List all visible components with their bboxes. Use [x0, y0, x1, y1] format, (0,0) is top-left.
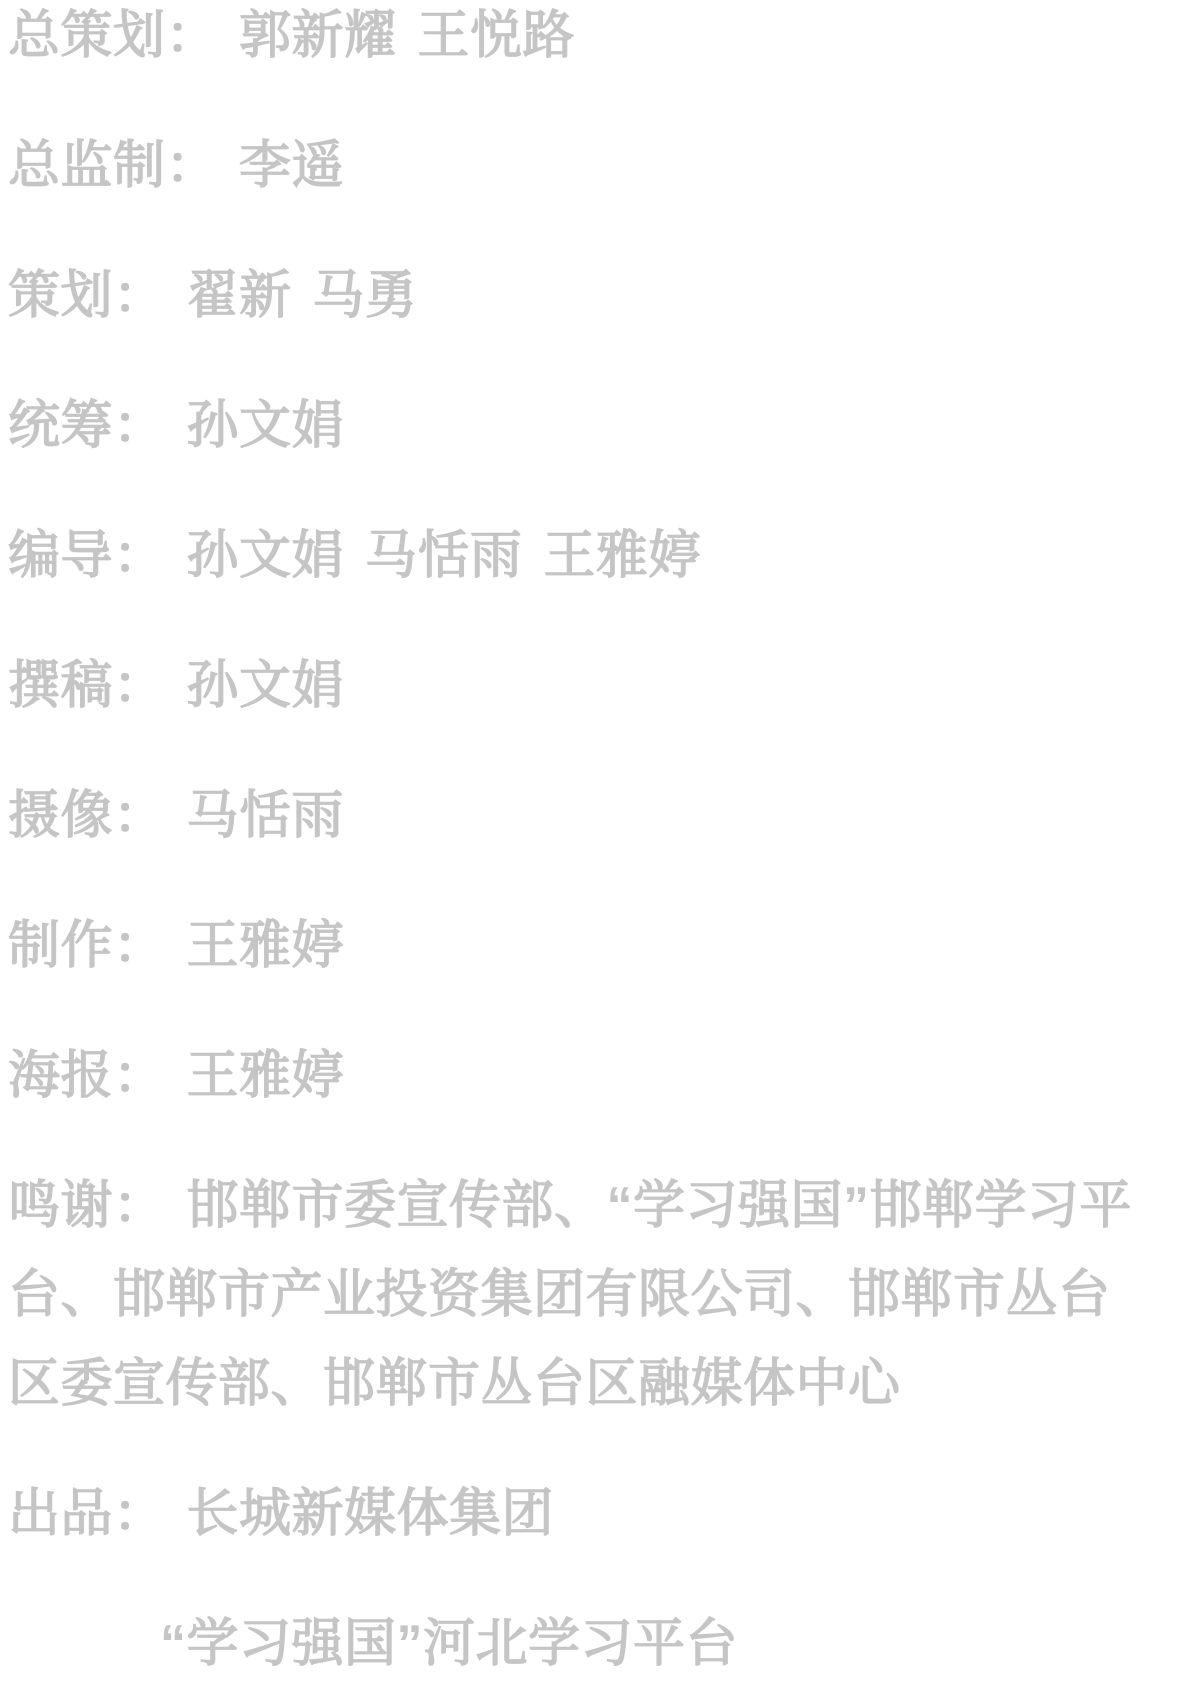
- credit-line-planning: 策划： 翟新 马勇: [8, 252, 1175, 341]
- credit-line-videography: 摄像： 马恬雨: [8, 772, 1175, 861]
- credit-line-production: 制作： 王雅婷: [8, 902, 1175, 991]
- credit-line-learning-platform: “学习强国”河北学习平台: [8, 1600, 1175, 1689]
- credits-list: 总策划： 郭新耀 王悦路总监制： 李遥策划： 翟新 马勇统筹： 孙文娟编导： 孙…: [0, 0, 1183, 1689]
- credit-line-directing: 编导： 孙文娟 马恬雨 王雅婷: [8, 512, 1175, 601]
- credit-line-poster: 海报： 王雅婷: [8, 1032, 1175, 1121]
- credit-line-chief-planning: 总策划： 郭新耀 王悦路: [8, 0, 1175, 81]
- credit-line-presenter: 出品： 长城新媒体集团: [8, 1470, 1175, 1559]
- credit-line-chief-supervision: 总监制： 李遥: [8, 122, 1175, 211]
- credit-line-scriptwriting: 撰稿： 孙文娟: [8, 642, 1175, 731]
- credit-line-acknowledgements: 鸣谢： 邯郸市委宣传部、“学习强国”邯郸学习平 台、邯郸市产业投资集团有限公司、…: [8, 1162, 1175, 1429]
- credit-line-coordination: 统筹： 孙文娟: [8, 382, 1175, 471]
